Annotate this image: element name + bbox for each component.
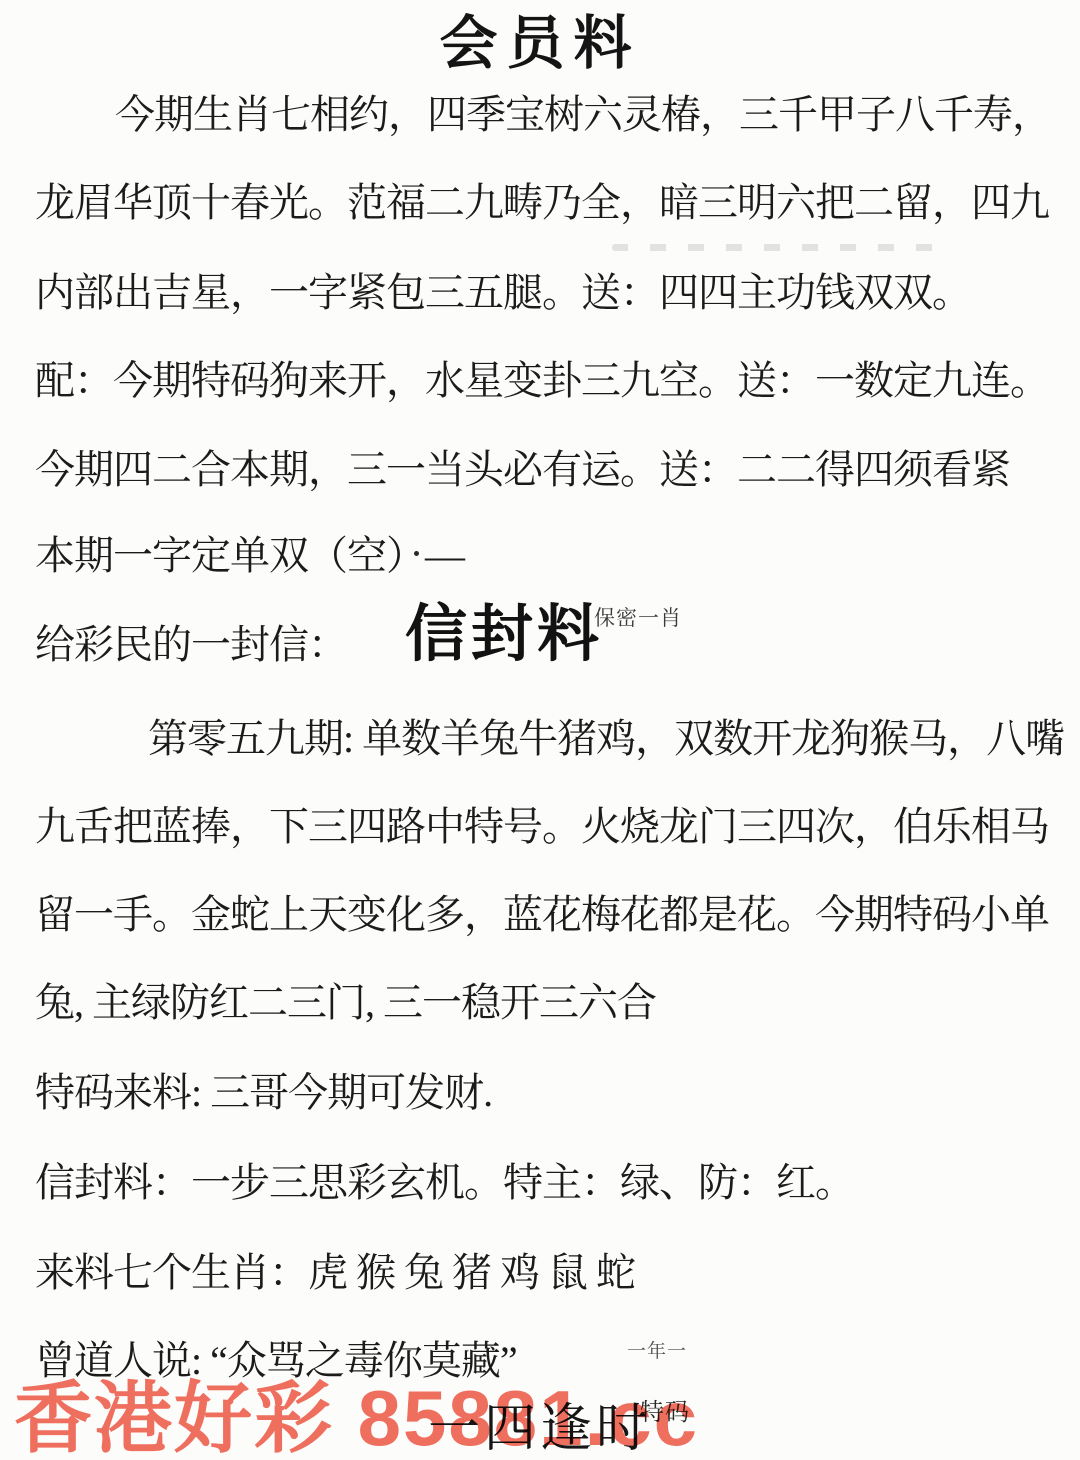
- envelope-material-heading: 信封料: [405, 584, 603, 673]
- scan-dot-artifact: [414, 551, 419, 556]
- secret-zodiac-note: 保密一肖: [594, 602, 682, 632]
- page-title: 会员料: [0, 0, 1080, 80]
- member-line-4: 配：今期特码狗来开，水星变卦三九空。送：一数定九连。: [35, 358, 1049, 404]
- letter-line-1: 第零五九期: 单数羊兔牛猪鸡，双数开龙狗猴马，八嘴: [148, 716, 1064, 762]
- seven-zodiacs-line: 来料七个生肖：虎 猴 兔 猪 鸡 鼠 蛇: [35, 1250, 635, 1296]
- member-line-1: 今期生肖七相约，四季宝树六灵椿，三千甲子八千寿，: [115, 92, 1051, 138]
- member-line-3: 内部出吉星，一字紧包三五腿。送：四四主功钱双双。: [35, 270, 971, 316]
- letter-line-4: 兔, 主绿防红二三门, 三一稳开三六合: [35, 980, 656, 1026]
- special-code-tip-line: 特码来料: 三哥今期可发财.: [35, 1070, 492, 1116]
- envelope-tip-line: 信封料：一步三思彩玄机。特主：绿、防：红。: [35, 1160, 854, 1206]
- member-line-5: 今期四二合本期，三一当头必有运。送：二二得四须看紧: [35, 447, 1010, 493]
- letter-line-3: 留一手。金蛇上天变化多，蓝花梅花都是花。今期特码小单: [35, 892, 1049, 938]
- member-line-6: 本期一字定单双（空）—: [35, 533, 464, 579]
- letter-intro-label: 给彩民的一封信：: [35, 622, 347, 668]
- site-watermark: 香港好彩 85881.cc: [14, 1356, 699, 1460]
- letter-line-2: 九舌把蓝捧，下三四路中特号。火烧龙门三四次，伯乐相马: [35, 804, 1049, 850]
- scanned-lottery-tip-sheet: 会员料 今期生肖七相约，四季宝树六灵椿，三千甲子八千寿， 龙眉华顶十春光。范福二…: [0, 0, 1080, 1460]
- scan-smudge-artifact: [612, 244, 944, 251]
- member-line-2: 龙眉华顶十春光。范福二九畴乃全，暗三明六把二留，四九: [35, 180, 1049, 226]
